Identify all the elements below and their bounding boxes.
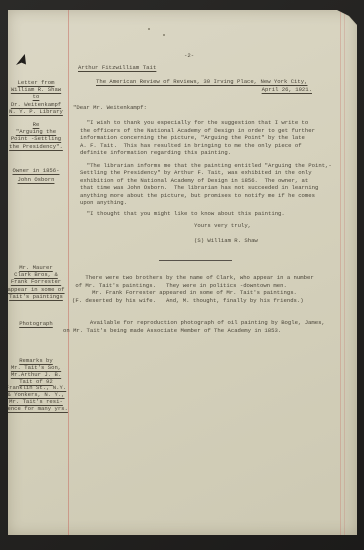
letter-paragraph-2: "The librarian informs me that the paint…: [80, 162, 332, 207]
letter-signature: (S) William R. Shaw: [194, 237, 258, 245]
letterhead: The American Review of Reviews, 30 Irvin…: [96, 78, 312, 94]
margin-note-re-subject: Re"Arguing thePoint -Settlingthe Preside…: [4, 121, 68, 150]
margin-note-remarks-by: Remarks byMr. Tait's Son,Mr.Arthur J. B.…: [4, 358, 68, 413]
margin-note-appear-in-paintings: Mr. MaurerClark Bros, &Frank Forresterap…: [4, 264, 68, 300]
letter-closing: Yours very truly,: [194, 222, 251, 230]
scan-backdrop: -2- Arthur Fitzwilliam Tait Letter fromW…: [0, 0, 364, 550]
letter-paragraph-3: "I thought that you might like to know a…: [80, 210, 285, 218]
letterhead-date: April 26, 1921.: [96, 86, 312, 94]
margin-rule-right-outer: [340, 10, 341, 535]
margin-rule-right-inner: [344, 10, 345, 535]
letter-salutation: "Dear Mr. Weitenkampf:: [73, 104, 147, 112]
paper-speck: [148, 28, 150, 30]
clark-forrester-note: There were two brothers by the name of C…: [72, 274, 314, 304]
document-heading: Arthur Fitzwilliam Tait: [78, 64, 156, 72]
paper-speck: [163, 34, 165, 36]
margin-note-owner-1856: Owner in 1856-John Osborn: [4, 166, 68, 184]
clipped-corner-fold: [335, 10, 357, 27]
margin-note-photograph: Photograph: [4, 320, 68, 327]
page-number: -2-: [184, 52, 194, 60]
margin-rule-left: [68, 10, 69, 535]
ink-mark-triangle: [16, 54, 26, 65]
photograph-note: Available for reproduction photograph of…: [63, 319, 325, 334]
margin-note-letter-from: Letter fromWilliam R. ShawtoDr. Weitenka…: [4, 79, 68, 115]
letterhead-source: The American Review of Reviews, 30 Irvin…: [96, 78, 312, 86]
section-divider: [159, 260, 232, 261]
letter-paragraph-1: "I wish to thank you especially for the …: [80, 119, 315, 157]
document-page: -2- Arthur Fitzwilliam Tait Letter fromW…: [8, 10, 357, 535]
